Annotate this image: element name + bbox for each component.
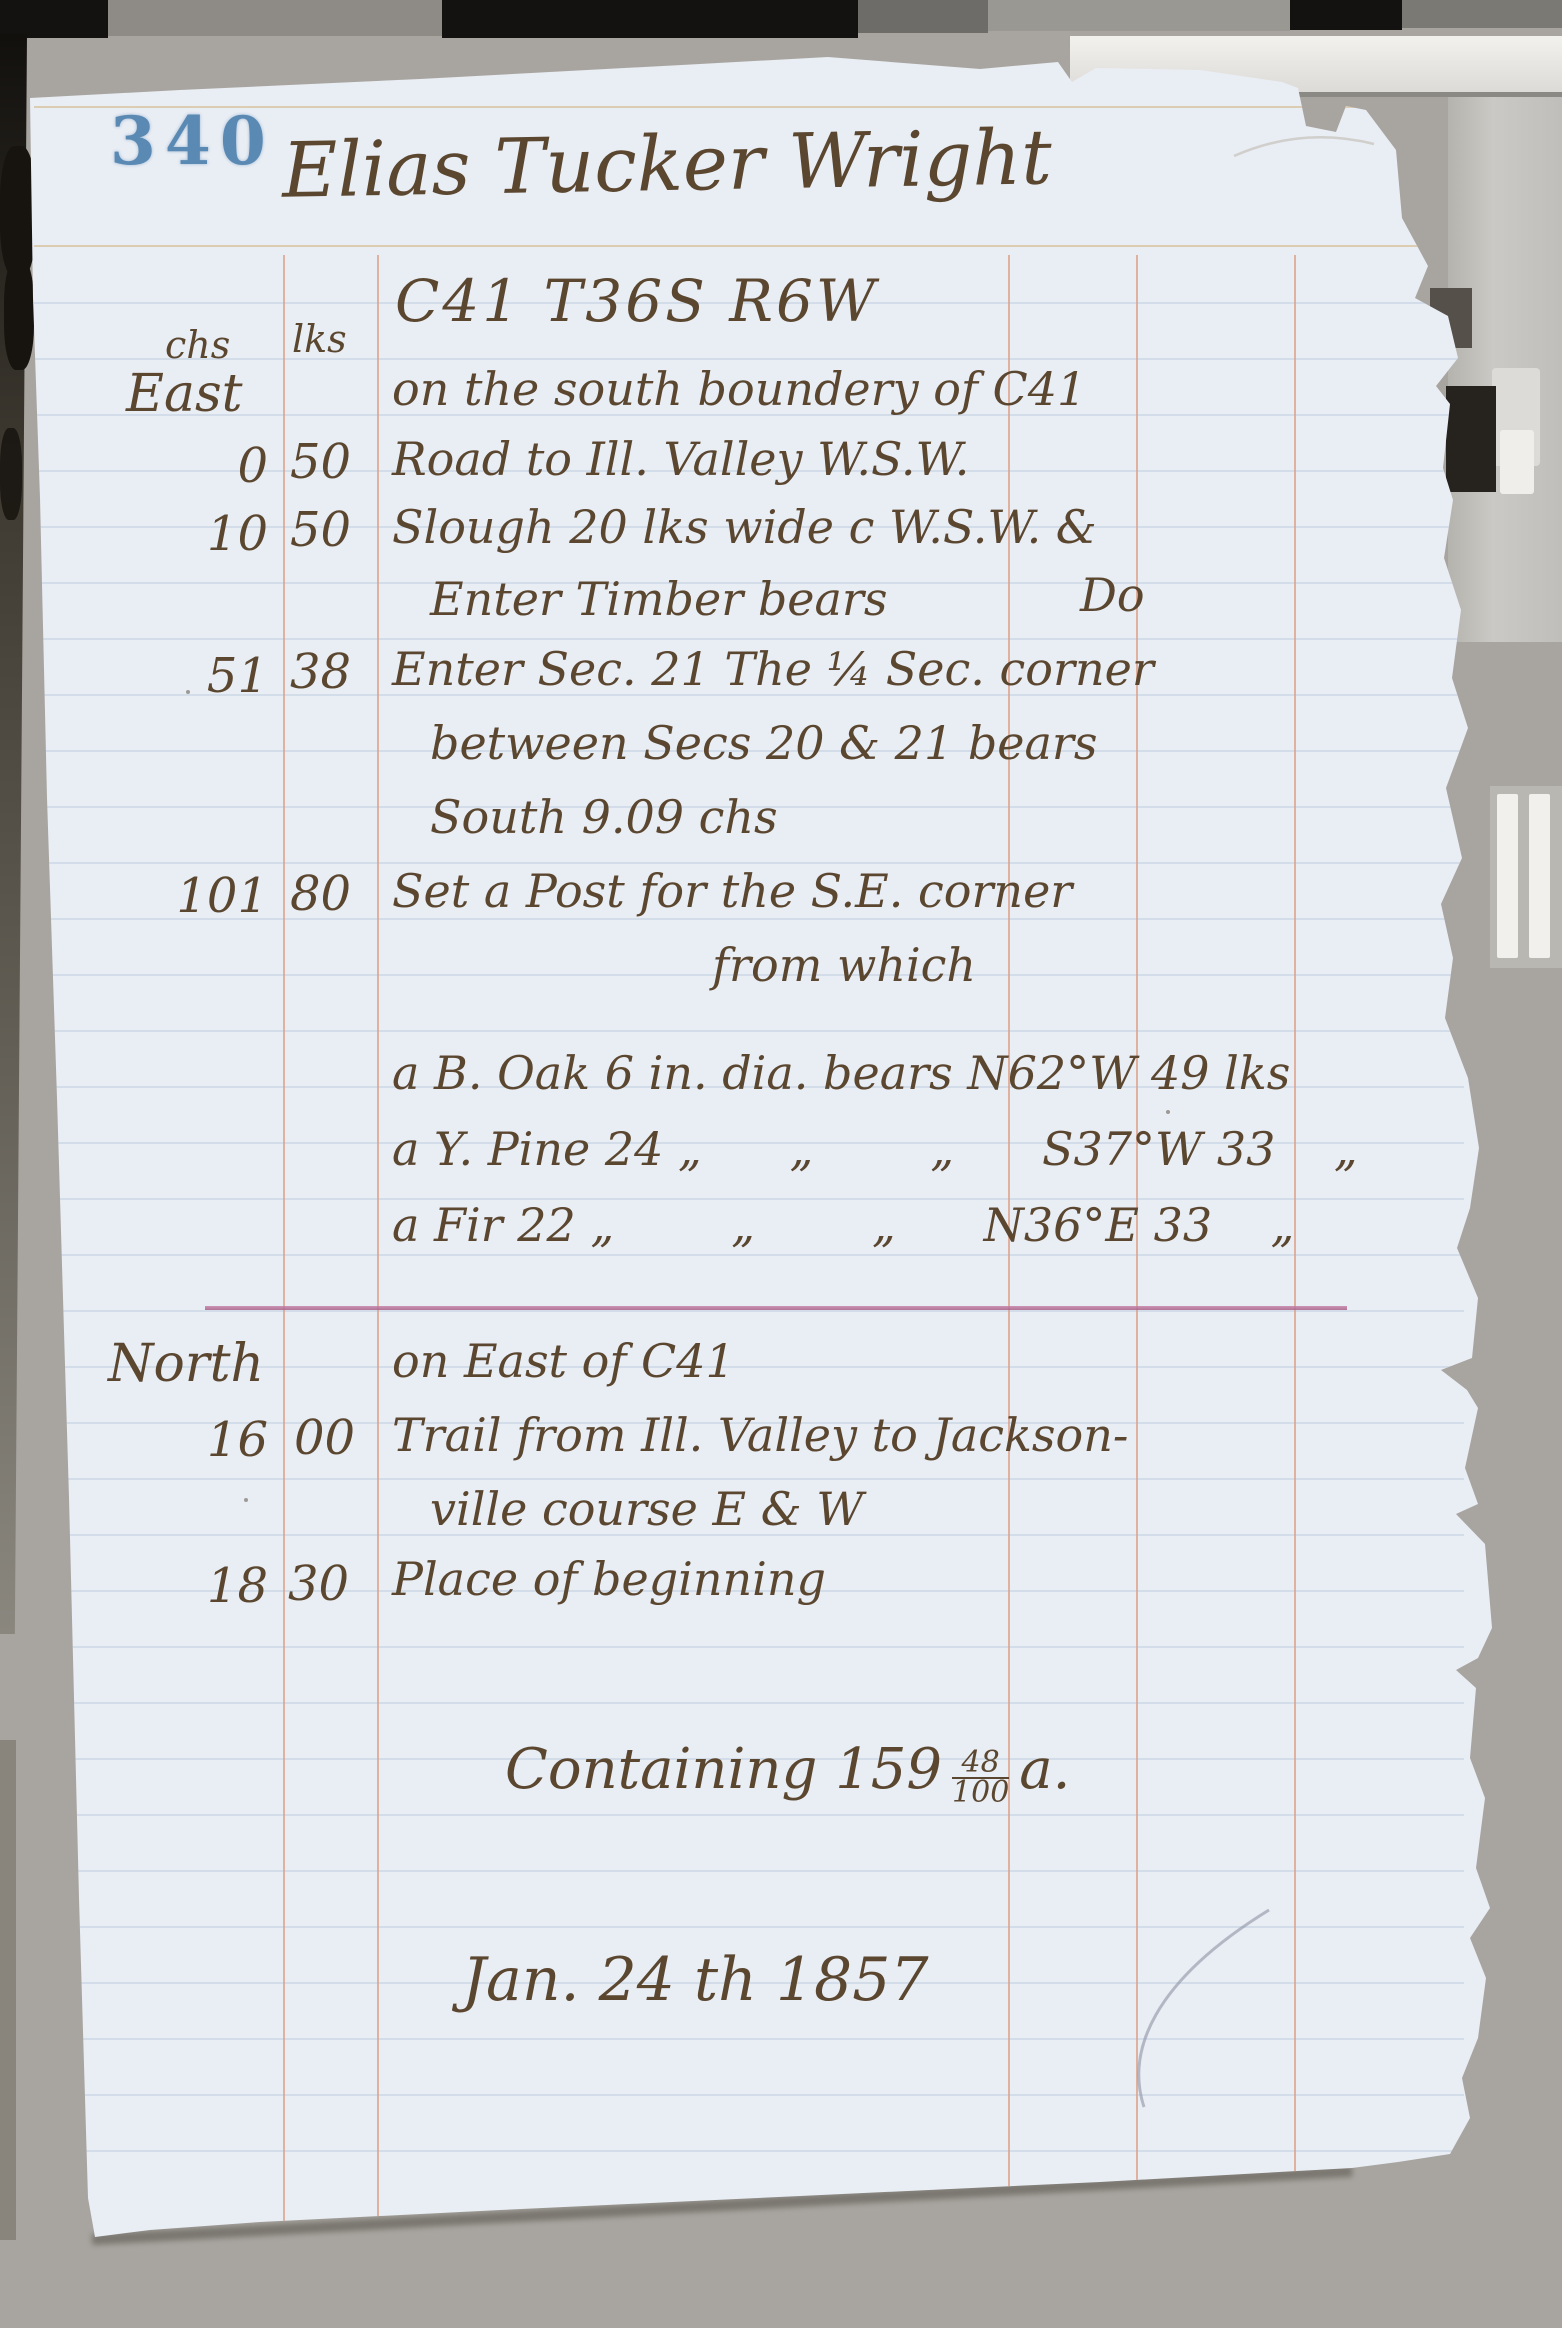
column-rule-chs-lks <box>283 255 285 2233</box>
ruled-line <box>34 1870 1464 1872</box>
dust-speck <box>244 1498 248 1502</box>
tear-gap-hole <box>1446 386 1496 492</box>
ledger-line: Place of beginning <box>392 1556 826 1602</box>
column-header-chains: chs <box>165 326 230 364</box>
stamp-number: 340 <box>110 102 275 180</box>
ledger-line: Enter Timber bears <box>430 576 888 622</box>
date-line: Jan. 24 th 1857 <box>462 1950 929 2010</box>
scanner-top-band <box>0 0 108 38</box>
ruled-line <box>34 2150 1464 2152</box>
survey-heading: C41 T36S R6W <box>395 272 878 330</box>
links-value: 38 <box>290 648 351 696</box>
ledger-line: ville course E & W <box>430 1486 864 1532</box>
ledger-line: on the south boundery of C41 <box>392 366 1086 412</box>
ruled-line <box>34 1254 1464 1256</box>
links-value: 80 <box>290 870 351 918</box>
scanner-top-band <box>108 0 442 36</box>
direction-north: North <box>108 1338 264 1390</box>
ruled-line <box>34 358 1464 360</box>
ruled-line <box>34 1702 1464 1704</box>
ledger-line: from which <box>712 942 976 988</box>
ledger-line: South 9.09 chs <box>430 794 778 840</box>
bearing-tree-line: a Fir 22 „ „ „ N36°E 33 „ <box>392 1202 1294 1248</box>
links-value: 30 <box>288 1560 349 1608</box>
column-header-links: lks <box>292 320 347 358</box>
links-value: 50 <box>290 506 351 554</box>
ruled-line <box>34 1814 1464 1816</box>
scanner-slot <box>1529 794 1550 958</box>
scanner-slot <box>1497 794 1518 958</box>
containing-line: Containing 15948100a. <box>505 1742 1070 1808</box>
acres-abbrev: a. <box>1019 1737 1070 1802</box>
ruled-line <box>34 1646 1464 1648</box>
links-value: 00 <box>294 1414 355 1462</box>
chains-value: 18 <box>148 1562 268 1610</box>
ruled-line <box>34 1478 1464 1480</box>
binding-shadow-lower <box>0 1740 16 2240</box>
survey-title: Elias Tucker Wright <box>281 119 1052 208</box>
paper-sheet: 18 340 Elias Tucker Wright C41 T36S R6W … <box>0 0 1562 2328</box>
chains-value: 10 <box>148 510 268 558</box>
ruled-line <box>34 1310 1464 1312</box>
acreage-fraction: 48100 <box>952 1749 1009 1808</box>
chains-value: 0 <box>148 442 268 490</box>
binding-shadow-blob <box>0 428 22 520</box>
scanner-top-band <box>1402 0 1562 28</box>
scanner-top-band <box>858 0 988 33</box>
ledger-line: Road to Ill. Valley W.S.W. <box>392 436 969 482</box>
ledger-line: Trail from Ill. Valley to Jackson- <box>392 1412 1128 1458</box>
column-rule-lks-notes <box>377 255 379 2227</box>
scanner-top-band <box>988 0 1290 31</box>
ledger-line: between Secs 20 & 21 bears <box>430 720 1098 766</box>
header-rule-line <box>34 245 1444 247</box>
bearing-tree-line: a B. Oak 6 in. dia. bears N62°W 49 lks <box>392 1050 1290 1096</box>
ruled-line <box>34 638 1464 640</box>
containing-label: Containing 159 <box>505 1737 942 1802</box>
pencil-mark <box>1124 1902 1284 2117</box>
scanner-top-band <box>1290 0 1402 30</box>
ledger-line: on East of C41 <box>392 1338 735 1384</box>
scanner-side-tab <box>1500 430 1534 494</box>
pencil-mark <box>1230 124 1380 168</box>
links-value: 50 <box>290 438 351 486</box>
section-divider-line <box>205 1306 1347 1310</box>
chains-value: 16 <box>148 1416 268 1464</box>
scanned-ledger-page: 18 340 Elias Tucker Wright C41 T36S R6W … <box>0 0 1562 2328</box>
binding-shadow-blob <box>4 258 34 370</box>
chains-value: 101 <box>148 872 268 920</box>
dust-speck <box>186 690 190 694</box>
bearing-tree-line: a Y. Pine 24 „ „ „ S37°W 33 „ <box>392 1126 1358 1172</box>
dust-speck <box>1166 1110 1170 1114</box>
ditto-mark: Do <box>1080 572 1145 618</box>
ledger-line: Set a Post for the S.E. corner <box>392 868 1072 914</box>
chains-value: 51 <box>148 652 268 700</box>
ledger-line: Enter Sec. 21 The ¼ Sec. corner <box>392 646 1154 692</box>
scanner-top-band <box>442 0 858 38</box>
ledger-line: Slough 20 lks wide c W.S.W. & <box>392 504 1097 550</box>
ruled-line <box>34 1030 1464 1032</box>
direction-east: East <box>126 368 243 420</box>
